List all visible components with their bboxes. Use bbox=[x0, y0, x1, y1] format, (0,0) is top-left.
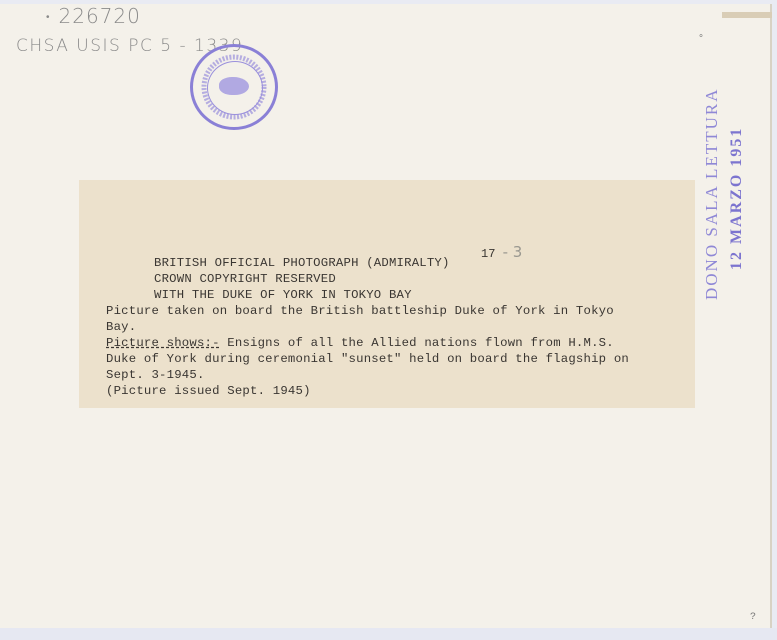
round-ink-stamp bbox=[190, 44, 278, 130]
catalog-number-text: 226720 bbox=[59, 4, 141, 28]
picture-issued-line: (Picture issued Sept. 1945) bbox=[106, 384, 311, 398]
photo-number: 17 - 3 bbox=[481, 243, 522, 261]
picture-shows-text-1: Ensigns of all the Allied nations flown … bbox=[220, 336, 614, 350]
paper-edge-tab bbox=[722, 12, 772, 18]
stamp-ring-text-icon bbox=[193, 47, 275, 127]
caption-header-line-3: WITH THE DUKE OF YORK IN TOKYO BAY bbox=[154, 288, 412, 302]
typed-number: 17 bbox=[481, 247, 495, 261]
margin-mark-bottom: ? bbox=[750, 612, 756, 623]
caption-header-line-2: CROWN COPYRIGHT RESERVED bbox=[154, 272, 336, 286]
picture-shows-label: Picture shows:- bbox=[106, 336, 220, 350]
picture-shows-line: Picture shows:- Ensigns of all the Allie… bbox=[106, 336, 614, 350]
side-stamp-line-2: 12 MARZO 1951 bbox=[728, 127, 746, 270]
caption-body-line-2: Bay. bbox=[106, 320, 136, 334]
margin-mark-top: ° bbox=[698, 34, 704, 45]
pencil-number: - 3 bbox=[503, 243, 523, 261]
handwritten-catalog-number: •226720 bbox=[46, 4, 141, 28]
picture-shows-line-3: Sept. 3-1945. bbox=[106, 368, 205, 382]
picture-shows-line-2: Duke of York during ceremonial "sunset" … bbox=[106, 352, 629, 366]
side-stamp-line-1: DONO SALA LETTURA bbox=[702, 88, 722, 301]
caption-body-line-1: Picture taken on board the British battl… bbox=[106, 304, 614, 318]
caption-header-line-1: BRITISH OFFICIAL PHOTOGRAPH (ADMIRALTY) bbox=[154, 256, 450, 270]
scan-background bbox=[0, 628, 777, 640]
